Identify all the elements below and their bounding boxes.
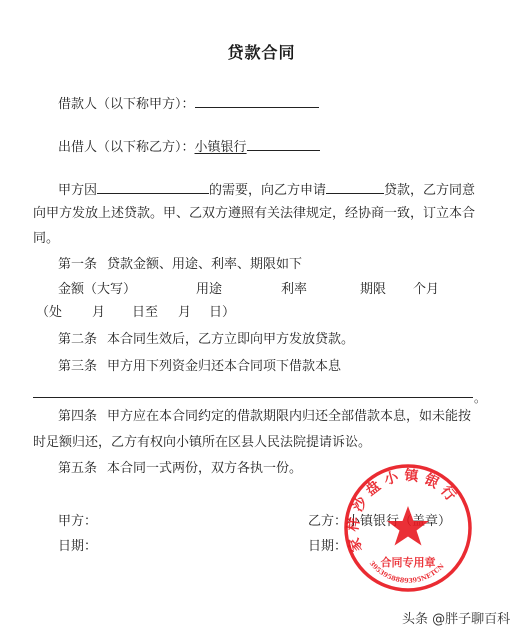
intro-part3: 贷款，乙方同意 xyxy=(384,183,475,198)
article-2-text: 本合同生效后，乙方立即向甲方发放贷款。 xyxy=(107,332,354,347)
article-4-line-2: 时足额归还，乙方有权向小镇所在区县人民法院提请诉讼。 xyxy=(33,436,371,449)
intro-part2: 的需要，向乙方申请 xyxy=(209,183,326,198)
stamp-center-text: 合同专用章 xyxy=(381,555,436,569)
date-month2: 月 xyxy=(178,306,191,319)
company-seal-stamp: 家样沙盘小镇银行 合同专用章 3953958889395NETCN xyxy=(342,462,474,594)
article-2: 第二条本合同生效后，乙方立即向甲方发放贷款。 xyxy=(58,333,354,346)
intro-line-2: 向甲方发放上述贷款。甲、乙双方遵照有关法律规定，经协商一致，订立本合 xyxy=(33,207,475,220)
field-rate-label: 利率 xyxy=(281,283,307,296)
article-3-end: 。 xyxy=(474,389,486,406)
watermark: 头条 @胖子聊百科 xyxy=(402,608,510,627)
purpose-blank[interactable] xyxy=(97,182,209,194)
party-a-date: 日期： xyxy=(58,540,97,553)
intro-line-3: 同。 xyxy=(33,232,59,245)
lender-blank[interactable] xyxy=(247,139,320,151)
borrower-label: 借款人（以下称甲方）： xyxy=(58,97,195,112)
article-3-label: 第三条 xyxy=(58,359,97,374)
field-months-label: 个月 xyxy=(413,283,439,296)
intro-line-1: 甲方因的需要，向乙方申请贷款，乙方同意 xyxy=(58,182,475,197)
article-1-text: 贷款金额、用途、利率、期限如下 xyxy=(107,257,302,272)
article-1-fields: 金额（大写） 用途 利率 期限 个月 xyxy=(58,283,498,297)
borrower-blank[interactable] xyxy=(195,96,319,108)
article-5-text: 本合同一式两份，双方各执一份。 xyxy=(107,461,302,476)
field-amount-label: 金额（大写） xyxy=(58,283,136,296)
lender-label: 出借人（以下称乙方）： xyxy=(58,140,195,155)
article-5-label: 第五条 xyxy=(58,461,97,476)
lender-line: 出借人（以下称乙方）：小镇银行 xyxy=(58,139,320,154)
date-day1-to: 日至 xyxy=(132,306,158,319)
svg-text:家样沙盘小镇银行: 家样沙盘小镇银行 xyxy=(344,467,462,554)
article-4-label: 第四条 xyxy=(58,409,97,424)
intro-part1: 甲方因 xyxy=(58,183,97,198)
article-1-label: 第一条 xyxy=(58,257,97,272)
article-2-label: 第二条 xyxy=(58,332,97,347)
date-open: （处 xyxy=(36,306,62,319)
article-4-text: 甲方应在本合同约定的借款期限内归还全部借款本息，如未能按 xyxy=(107,409,471,424)
borrower-line: 借款人（以下称甲方）： xyxy=(58,96,319,111)
article-3-text: 甲方用下列资金归还本合同项下借款本息 xyxy=(107,359,341,374)
article-3: 第三条甲方用下列资金归还本合同项下借款本息 xyxy=(58,360,341,373)
document-title: 贷款合同 xyxy=(0,45,523,61)
article-5: 第五条本合同一式两份，双方各执一份。 xyxy=(58,462,302,475)
star-icon xyxy=(387,506,429,546)
article-4: 第四条甲方应在本合同约定的借款期限内归还全部借款本息，如未能按 xyxy=(58,410,471,423)
date-day2-close: 日） xyxy=(209,306,235,319)
article-1-date-range: （处 月 日至 月 日） xyxy=(36,306,336,320)
stamp-ring-text: 家样沙盘小镇银行 xyxy=(344,467,462,554)
party-a-label: 甲方： xyxy=(58,515,97,528)
date-month1: 月 xyxy=(92,306,105,319)
field-purpose-label: 用途 xyxy=(196,283,222,296)
lender-value: 小镇银行 xyxy=(195,140,247,155)
article-1: 第一条贷款金额、用途、利率、期限如下 xyxy=(58,258,302,271)
field-term-label: 期限 xyxy=(360,283,386,296)
repayment-source-blank[interactable] xyxy=(33,397,473,398)
amount-blank[interactable] xyxy=(326,182,384,194)
